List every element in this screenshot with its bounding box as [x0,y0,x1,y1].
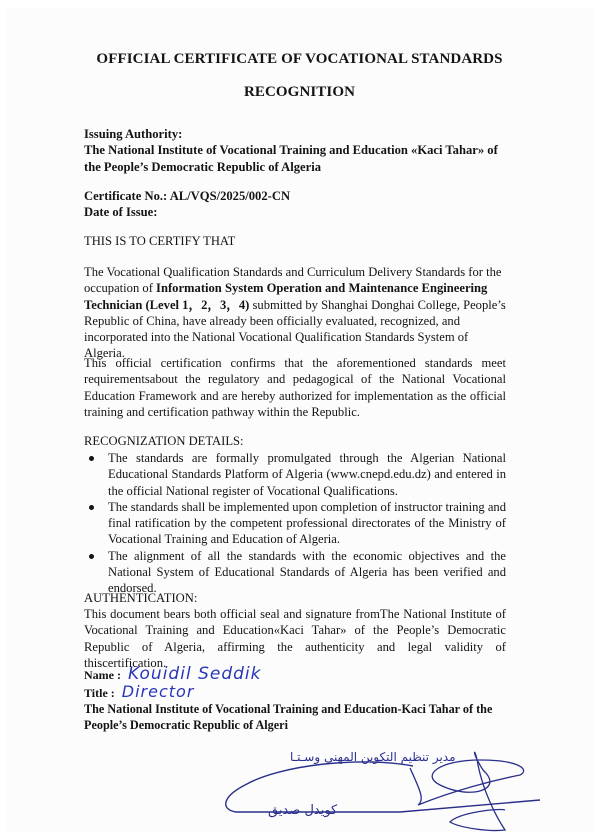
arabic-stamp-name: كويدل صديق [268,803,337,818]
arabic-stamp-title: مدير تنظيم التكوين المهني وسـتـا [290,750,456,764]
signature-scribble-icon [0,0,599,837]
